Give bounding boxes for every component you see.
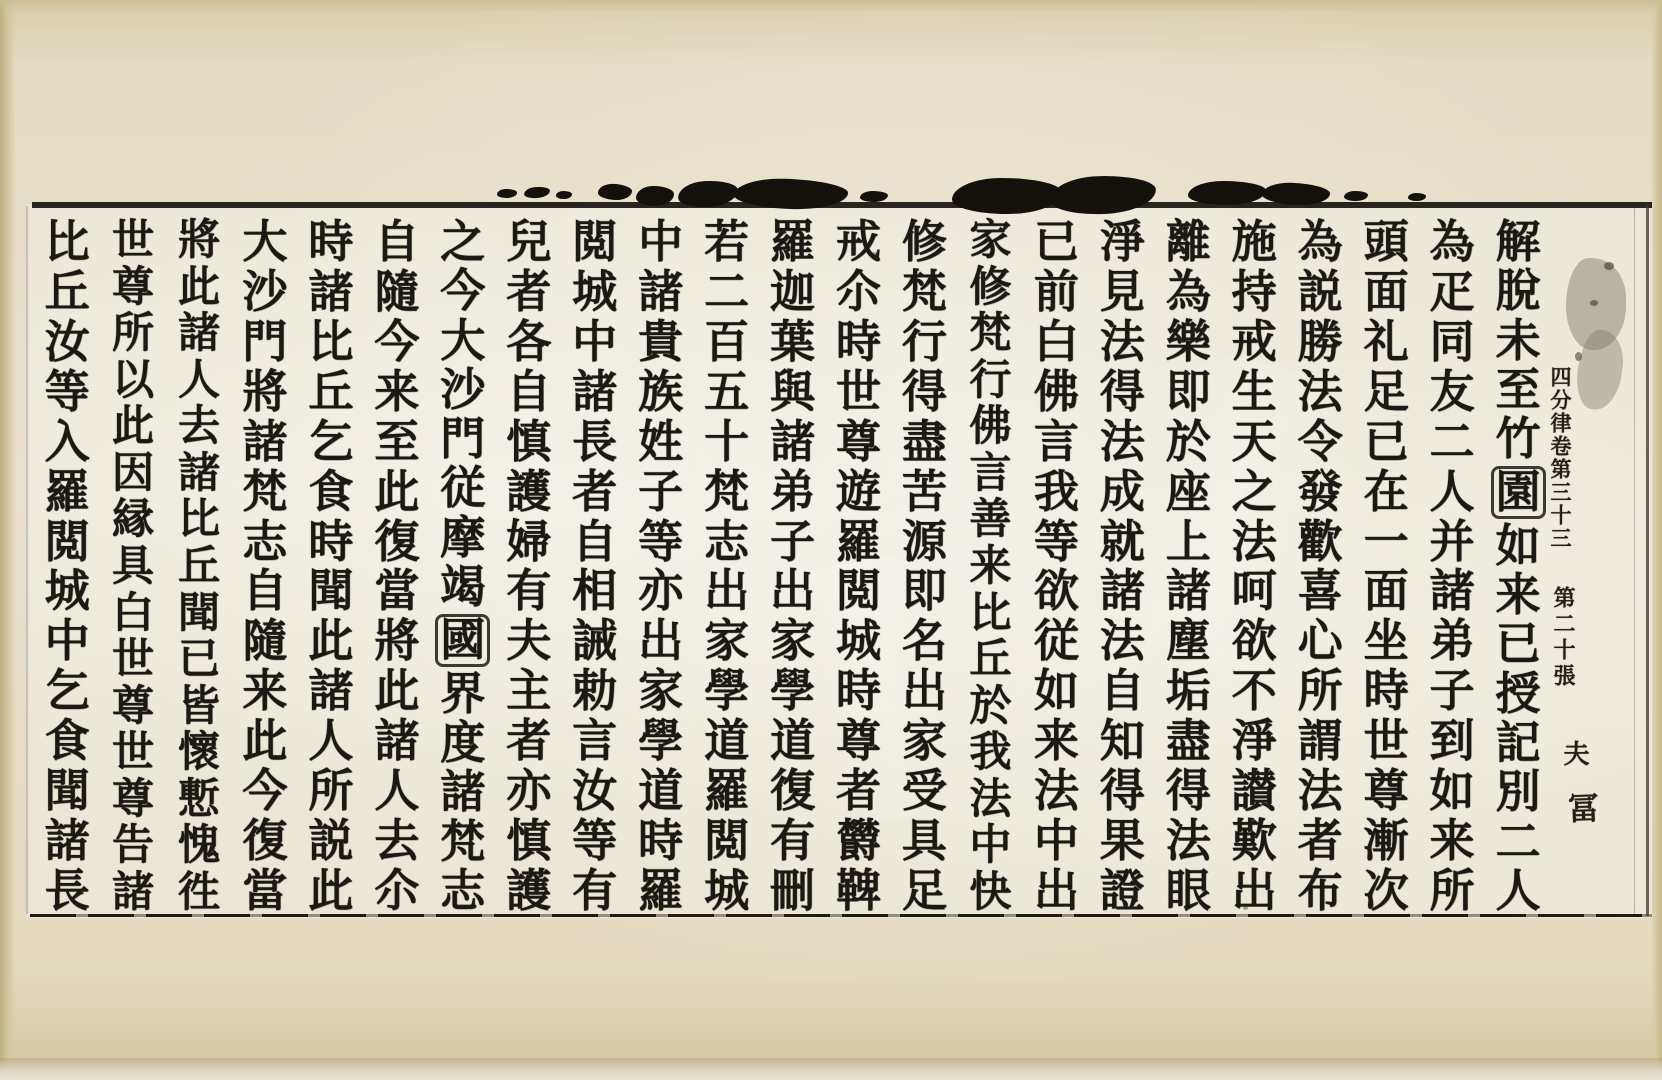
glyph: 諸 [1100, 569, 1145, 614]
glyph: 諸 [440, 770, 485, 815]
glyph: 来 [374, 370, 419, 415]
glyph: 次 [1364, 869, 1409, 914]
glyph: 成 [1100, 470, 1145, 515]
glyph: 就 [1100, 520, 1145, 565]
glyph: 苦 [902, 470, 947, 515]
text-column: 之今大沙門従摩竭國界度諸梵志 [437, 220, 489, 914]
glyph: 夫 [506, 619, 551, 664]
glyph: 上 [1166, 520, 1211, 565]
glyph: 面 [1364, 270, 1409, 315]
glyph: 所 [1298, 669, 1343, 714]
glyph: 諸 [45, 819, 90, 864]
glyph: 徃 [178, 872, 220, 914]
glyph: 所 [308, 769, 353, 814]
glyph: 家 [638, 669, 683, 714]
glyph: 弟 [770, 470, 815, 515]
glyph: 来 [242, 669, 287, 714]
glyph: 誡 [572, 619, 617, 664]
text-column: 比丘汝等入羅閲城中乞食聞諸長 [41, 220, 93, 914]
glyph: 門 [242, 320, 287, 365]
text-column: 中諸貴族姓子等亦出家學道時羅 [635, 220, 687, 914]
glyph: 證 [1100, 869, 1145, 914]
glyph: 慙 [178, 779, 220, 821]
glyph: 遊 [836, 470, 881, 515]
glyph: 愧 [178, 825, 220, 867]
glyph: 丘 [178, 546, 220, 588]
glyph: 竹 [1495, 417, 1540, 462]
glyph: 自 [242, 569, 287, 614]
glyph: 有 [572, 869, 617, 914]
glyph: 家 [969, 220, 1011, 262]
glyph: 人 [1495, 869, 1540, 914]
glyph: 為 [1430, 220, 1475, 265]
glyph: 法 [1034, 769, 1079, 814]
glyph: 盡 [902, 420, 947, 465]
glyph: 隨 [242, 619, 287, 664]
glyph: 謂 [1298, 719, 1343, 764]
glyph: 人 [1430, 470, 1475, 515]
glyph: 言 [969, 453, 1011, 495]
glyph: 汝 [572, 769, 617, 814]
glyph: 乞 [45, 669, 90, 714]
glyph: 戒 [836, 220, 881, 265]
text-column: 為説勝法令發歡喜心所謂法者布 [1294, 220, 1346, 914]
glyph: 羅 [638, 869, 683, 914]
glyph: 并 [1430, 520, 1475, 565]
glyph: 諸 [178, 453, 220, 495]
text-column: 大沙門將諸梵志自隨来此今復當 [239, 220, 291, 914]
glyph: 家 [704, 619, 749, 664]
glyph: 者 [506, 270, 551, 315]
glyph: 人 [308, 719, 353, 764]
glyph: 時 [638, 819, 683, 864]
glyph: 到 [1430, 719, 1475, 764]
glyph: 沙 [440, 368, 485, 413]
glyph: 如 [1495, 524, 1540, 569]
text-column: 若二百五十梵志出家學道羅閲城 [701, 220, 753, 914]
glyph: 在 [1364, 470, 1409, 515]
glyph: 等 [1034, 520, 1079, 565]
glyph: 快 [969, 872, 1011, 914]
glyph: 世 [1364, 719, 1409, 764]
glyph: 従 [440, 466, 485, 511]
glyph: 比 [178, 499, 220, 541]
glyph: 等 [45, 370, 90, 415]
glyph: 閲 [836, 569, 881, 614]
glyph: 言 [572, 719, 617, 764]
glyph: 去 [374, 819, 419, 864]
glyph: 出 [638, 619, 683, 664]
glyph: 羅 [45, 470, 90, 515]
glyph: 聞 [45, 769, 90, 814]
glyph: 諸 [1430, 569, 1475, 614]
glyph: 沙 [242, 270, 287, 315]
glyph: 若 [704, 220, 749, 265]
glyph: 今 [242, 769, 287, 814]
manuscript-page: 四分律卷第三十三 第二十張 夫 冨 解脫未至竹園如来已授記別二人為疋同友二人并諸… [0, 0, 1662, 1080]
glyph: 諸 [638, 270, 683, 315]
glyph: 尊 [836, 420, 881, 465]
glyph: 各 [506, 320, 551, 365]
glyph: 前 [1034, 270, 1079, 315]
text-column: 施持戒生天之法呵欲不淨讃歎出 [1228, 220, 1280, 914]
glyph: 等 [572, 819, 617, 864]
glyph: 今 [440, 269, 485, 314]
glyph: 所 [1430, 869, 1475, 914]
text-columns: 解脫未至竹園如来已授記別二人為疋同友二人并諸弟子到如来所頭面礼足已在一面坐時世尊… [0, 0, 1662, 1080]
text-column: 頭面礼足已在一面坐時世尊漸次 [1360, 220, 1412, 914]
text-column: 兒者各自慎護婦有夫主者亦慎護 [503, 220, 555, 914]
glyph: 欲 [1034, 569, 1079, 614]
glyph: 佛 [1034, 370, 1079, 415]
glyph: 得 [902, 370, 947, 415]
glyph: 諸 [242, 420, 287, 465]
glyph: 垢 [1166, 669, 1211, 714]
glyph: 時 [836, 669, 881, 714]
glyph: 諸 [374, 719, 419, 764]
glyph: 佛 [969, 406, 1011, 448]
glyph: 生 [1232, 370, 1277, 415]
glyph: 知 [1100, 719, 1145, 764]
glyph: 比 [45, 220, 90, 265]
glyph: 此 [308, 869, 353, 914]
glyph: 為 [1166, 270, 1211, 315]
glyph: 者 [836, 769, 881, 814]
glyph: 白 [112, 593, 154, 635]
glyph: 眼 [1166, 869, 1211, 914]
glyph: 慎 [506, 819, 551, 864]
glyph: 塵 [1166, 619, 1211, 664]
glyph: 城 [704, 869, 749, 914]
glyph: 姓 [638, 420, 683, 465]
glyph: 頭 [1364, 220, 1409, 265]
text-column: 修梵行得盡苦源即名出家受具足 [898, 220, 950, 914]
glyph: 子 [770, 520, 815, 565]
glyph: 諸 [572, 370, 617, 415]
glyph: 漸 [1364, 819, 1409, 864]
glyph: 羅 [770, 220, 815, 265]
glyph: 入 [45, 420, 90, 465]
glyph: 諸 [770, 420, 815, 465]
glyph: 記 [1495, 721, 1540, 766]
glyph: 施 [1232, 220, 1277, 265]
glyph: 得 [1100, 370, 1145, 415]
glyph: 自 [506, 370, 551, 415]
glyph: 於 [969, 686, 1011, 728]
glyph: 修 [902, 220, 947, 265]
glyph: 法 [1100, 420, 1145, 465]
glyph: 縁 [112, 499, 154, 541]
glyph: 世 [112, 220, 154, 262]
glyph: 中 [45, 619, 90, 664]
glyph: 受 [902, 769, 947, 814]
glyph: 白 [1034, 320, 1079, 365]
glyph: 出 [1034, 869, 1079, 914]
glyph: 子 [1430, 669, 1475, 714]
glyph: 已 [1495, 622, 1540, 667]
glyph: 礼 [1364, 320, 1409, 365]
glyph: 者 [506, 719, 551, 764]
glyph: 百 [704, 320, 749, 365]
glyph: 食 [45, 719, 90, 764]
glyph: 時 [1364, 669, 1409, 714]
glyph: 時 [308, 220, 353, 265]
glyph: 城 [836, 619, 881, 664]
glyph: 刪 [770, 869, 815, 914]
glyph: 與 [770, 370, 815, 415]
glyph: 此 [178, 267, 220, 309]
glyph: 諸 [308, 270, 353, 315]
glyph: 梵 [242, 470, 287, 515]
glyph: 今 [374, 320, 419, 365]
glyph: 出 [704, 569, 749, 614]
glyph: 國 [435, 614, 490, 667]
glyph: 呵 [1232, 569, 1277, 614]
glyph: 護 [506, 470, 551, 515]
glyph: 羅 [836, 520, 881, 565]
glyph: 丘 [45, 270, 90, 315]
glyph: 當 [374, 569, 419, 614]
glyph: 別 [1495, 770, 1540, 815]
glyph: 淨 [1100, 220, 1145, 265]
glyph: 以 [112, 360, 154, 402]
glyph: 得 [1166, 769, 1211, 814]
glyph: 坐 [1364, 619, 1409, 664]
glyph: 勝 [1298, 320, 1343, 365]
glyph: 摩 [440, 516, 485, 561]
glyph: 時 [308, 520, 353, 565]
text-column: 將此諸人去諸比丘聞已皆懷慙愧徃 [173, 220, 225, 914]
glyph: 丘 [969, 639, 1011, 681]
glyph: 行 [969, 360, 1011, 402]
glyph: 之 [440, 220, 485, 265]
glyph: 梵 [969, 313, 1011, 355]
glyph: 同 [1430, 320, 1475, 365]
glyph: 自 [1100, 669, 1145, 714]
glyph: 當 [242, 869, 287, 914]
glyph: 見 [1100, 270, 1145, 315]
glyph: 貴 [638, 320, 683, 365]
glyph: 懷 [178, 732, 220, 774]
glyph: 法 [969, 779, 1011, 821]
glyph: 尊 [836, 719, 881, 764]
text-column: 家修梵行佛言善来比丘於我法中快 [964, 220, 1016, 914]
glyph: 志 [242, 520, 287, 565]
glyph: 世 [836, 370, 881, 415]
glyph: 至 [374, 420, 419, 465]
glyph: 欲 [1232, 619, 1277, 664]
glyph: 淨 [1232, 719, 1277, 764]
glyph: 門 [440, 417, 485, 462]
glyph: 迦 [770, 270, 815, 315]
glyph: 諸 [112, 872, 154, 914]
glyph: 面 [1364, 569, 1409, 614]
glyph: 即 [902, 569, 947, 614]
glyph: 此 [308, 619, 353, 664]
glyph: 道 [770, 719, 815, 764]
glyph: 五 [704, 370, 749, 415]
glyph: 脫 [1495, 269, 1540, 314]
glyph: 主 [506, 669, 551, 714]
glyph: 行 [902, 320, 947, 365]
glyph: 長 [572, 420, 617, 465]
glyph: 志 [440, 869, 485, 914]
glyph: 者 [1298, 819, 1343, 864]
glyph: 得 [1100, 769, 1145, 814]
glyph: 已 [178, 639, 220, 681]
glyph: 慎 [506, 420, 551, 465]
glyph: 心 [1298, 619, 1343, 664]
glyph: 歎 [1232, 819, 1277, 864]
glyph: 比 [308, 320, 353, 365]
glyph: 葉 [770, 320, 815, 365]
glyph: 令 [1298, 420, 1343, 465]
glyph: 法 [1166, 819, 1211, 864]
glyph: 子 [638, 470, 683, 515]
glyph: 人 [374, 769, 419, 814]
glyph: 説 [1298, 270, 1343, 315]
glyph: 樂 [1166, 320, 1211, 365]
glyph: 出 [1232, 869, 1277, 914]
glyph: 授 [1495, 672, 1540, 717]
text-column: 解脫未至竹園如来已授記別二人 [1492, 220, 1544, 914]
glyph: 如 [1034, 669, 1079, 714]
glyph: 為 [1298, 220, 1343, 265]
glyph: 皆 [178, 686, 220, 728]
glyph: 尊 [112, 686, 154, 728]
glyph: 中 [572, 320, 617, 365]
glyph: 友 [1430, 370, 1475, 415]
glyph: 言 [1034, 420, 1079, 465]
glyph: 源 [902, 520, 947, 565]
glyph: 従 [1034, 619, 1079, 664]
text-column: 已前白佛言我等欲従如来法中出 [1030, 220, 1082, 914]
glyph: 持 [1232, 270, 1277, 315]
glyph: 中 [638, 220, 683, 265]
glyph: 家 [770, 619, 815, 664]
glyph: 界 [440, 672, 485, 717]
glyph: 志 [704, 520, 749, 565]
glyph: 弟 [1430, 619, 1475, 664]
glyph: 已 [1364, 420, 1409, 465]
glyph: 復 [374, 520, 419, 565]
glyph: 解 [1495, 220, 1540, 265]
text-column: 自隨今来至此復當將此諸人去尒 [371, 220, 423, 914]
glyph: 乞 [308, 420, 353, 465]
glyph: 兒 [506, 220, 551, 265]
glyph: 者 [572, 470, 617, 515]
glyph: 修 [969, 267, 1011, 309]
glyph: 復 [242, 819, 287, 864]
glyph: 大 [440, 319, 485, 364]
glyph: 説 [308, 819, 353, 864]
glyph: 名 [902, 619, 947, 664]
glyph: 梵 [704, 470, 749, 515]
glyph: 道 [704, 719, 749, 764]
glyph: 法 [1298, 769, 1343, 814]
glyph: 我 [1034, 470, 1079, 515]
glyph: 法 [1100, 619, 1145, 664]
glyph: 自 [374, 220, 419, 265]
glyph: 道 [638, 769, 683, 814]
glyph: 大 [242, 220, 287, 265]
text-column: 戒尒時世尊遊羅閲城時尊者欝鞞 [833, 220, 885, 914]
glyph: 人 [178, 360, 220, 402]
glyph: 未 [1495, 319, 1540, 364]
glyph: 即 [1166, 370, 1211, 415]
glyph: 度 [440, 721, 485, 766]
glyph: 竭 [440, 565, 485, 610]
glyph: 隨 [374, 270, 419, 315]
glyph: 將 [374, 619, 419, 664]
glyph: 羅 [704, 769, 749, 814]
glyph: 法 [1100, 320, 1145, 365]
glyph: 離 [1166, 220, 1211, 265]
glyph: 布 [1298, 869, 1343, 914]
text-column: 羅迦葉與諸弟子出家學道復有刪 [767, 220, 819, 914]
glyph: 具 [902, 819, 947, 864]
glyph: 来 [1430, 819, 1475, 864]
text-column: 為疋同友二人并諸弟子到如来所 [1426, 220, 1478, 914]
glyph: 此 [374, 470, 419, 515]
glyph: 復 [770, 769, 815, 814]
glyph: 世 [112, 639, 154, 681]
glyph: 已 [1034, 220, 1079, 265]
glyph: 法 [1232, 520, 1277, 565]
glyph: 二 [1430, 420, 1475, 465]
glyph: 學 [638, 719, 683, 764]
glyph: 盡 [1166, 719, 1211, 764]
glyph: 相 [572, 569, 617, 614]
glyph: 中 [1034, 819, 1079, 864]
glyph: 比 [969, 593, 1011, 635]
glyph: 勅 [572, 669, 617, 714]
glyph: 因 [112, 453, 154, 495]
glyph: 足 [1364, 370, 1409, 415]
glyph: 有 [506, 569, 551, 614]
glyph: 天 [1232, 420, 1277, 465]
glyph: 善 [969, 499, 1011, 541]
glyph: 喜 [1298, 569, 1343, 614]
glyph: 此 [242, 719, 287, 764]
glyph: 護 [506, 869, 551, 914]
glyph: 如 [1430, 769, 1475, 814]
glyph: 此 [374, 669, 419, 714]
glyph: 戒 [1232, 320, 1277, 365]
glyph: 世 [112, 732, 154, 774]
glyph: 長 [45, 869, 90, 914]
text-column: 淨見法得法成就諸法自知得果證 [1096, 220, 1148, 914]
glyph: 二 [1495, 820, 1540, 865]
glyph: 婦 [506, 520, 551, 565]
glyph: 食 [308, 470, 353, 515]
glyph: 尒 [374, 869, 419, 914]
glyph: 城 [45, 569, 90, 614]
glyph: 聞 [308, 569, 353, 614]
glyph: 果 [1100, 819, 1145, 864]
glyph: 時 [836, 320, 881, 365]
glyph: 閲 [572, 220, 617, 265]
glyph: 座 [1166, 470, 1211, 515]
glyph: 讃 [1232, 769, 1277, 814]
glyph: 發 [1298, 470, 1343, 515]
glyph: 去 [178, 406, 220, 448]
glyph: 具 [112, 546, 154, 588]
glyph: 家 [902, 719, 947, 764]
glyph: 汝 [45, 320, 90, 365]
glyph: 不 [1232, 669, 1277, 714]
glyph: 聞 [178, 593, 220, 635]
